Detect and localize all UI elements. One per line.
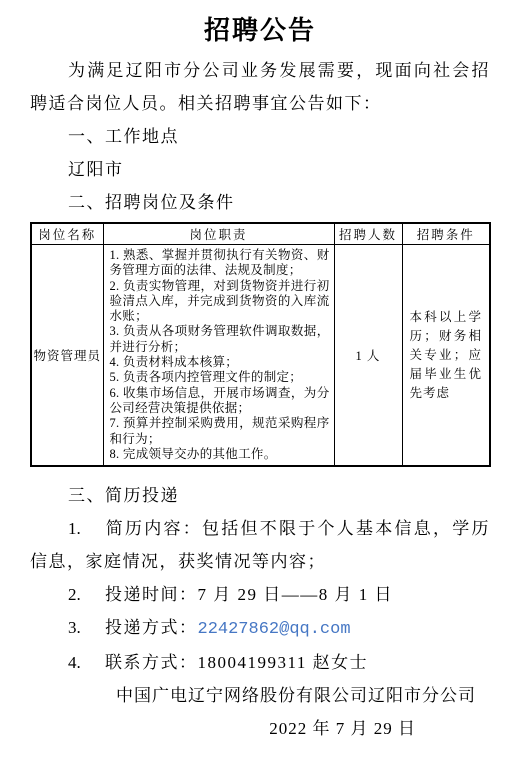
table-row: 物资管理员 1. 熟悉、掌握并贯彻执行有关物资、财务管理方面的法律、法规及制度；… [31,245,490,467]
headcount-cell: 1 人 [334,245,402,467]
duty-item: 6. 收集市场信息，开展市场调查，为分公司经营决策提供依据； [110,386,330,417]
section-heading-work-location: 一、工作地点 [30,120,490,153]
duty-item: 3. 负责从各项财务管理软件调取数据，并进行分析； [110,324,330,355]
resume-item-method: 3.投递方式：22427862@qq.com [30,611,490,646]
work-location-value: 辽阳市 [30,153,490,186]
section-heading-resume: 三、简历投递 [30,479,490,512]
resume-item-text: 投递时间：7 月 29 日——8 月 1 日 [105,585,393,604]
page-title: 招聘公告 [30,12,490,48]
duty-item: 7. 预算并控制采购费用，规范采购程序和行为； [110,416,330,447]
requirements-text: 本科以上学历；财务相关专业；应届毕业生优先考虑 [410,308,483,403]
position-name-cell: 物资管理员 [31,245,103,467]
announcement-date: 2022 年 7 月 29 日 [30,712,490,745]
intro-paragraph: 为满足辽阳市分公司业务发展需要，现面向社会招聘适合岗位人员。相关招聘事宜公告如下… [30,54,490,120]
header-position-name: 岗位名称 [31,223,103,245]
section-heading-positions: 二、招聘岗位及条件 [30,186,490,219]
resume-item-label: 投递方式： [105,618,198,637]
duty-item: 8. 完成领导交办的其他工作。 [110,447,330,462]
duty-item: 4. 负责材料成本核算； [110,355,330,370]
list-number: 4. [68,646,105,679]
duties-cell: 1. 熟悉、掌握并贯彻执行有关物资、财务管理方面的法律、法规及制度； 2. 负责… [103,245,334,467]
duty-item: 1. 熟悉、掌握并贯彻执行有关物资、财务管理方面的法律、法规及制度； [110,248,330,279]
resume-item-contact: 4.联系方式：18004199311 赵女士 [30,646,490,679]
requirements-cell: 本科以上学历；财务相关专业；应届毕业生优先考虑 [402,245,490,467]
recruitment-table: 岗位名称 岗位职责 招聘人数 招聘条件 物资管理员 1. 熟悉、掌握并贯彻执行有… [30,222,491,467]
company-name: 中国广电辽宁网络股份有限公司辽阳市分公司 [30,679,490,712]
resume-item-time: 2.投递时间：7 月 29 日——8 月 1 日 [30,578,490,611]
document-page: 招聘公告 为满足辽阳市分公司业务发展需要，现面向社会招聘适合岗位人员。相关招聘事… [0,0,520,764]
list-number: 2. [68,578,105,611]
header-requirements: 招聘条件 [402,223,490,245]
resume-item-text: 联系方式：18004199311 赵女士 [105,653,368,672]
duty-item: 5. 负责各项内控管理文件的制定； [110,370,330,385]
email-link[interactable]: 22427862@qq.com [198,620,351,639]
resume-item-content: 1.简历内容：包括但不限于个人基本信息，学历信息，家庭情况，获奖情况等内容； [30,512,490,578]
list-number: 1. [68,512,105,545]
header-duties: 岗位职责 [103,223,334,245]
table-header-row: 岗位名称 岗位职责 招聘人数 招聘条件 [31,223,490,245]
list-number: 3. [68,611,105,644]
duty-item: 2. 负责实物管理，对到货物资并进行初验清点入库，并完成到货物资的入库流水账； [110,279,330,325]
header-headcount: 招聘人数 [334,223,402,245]
